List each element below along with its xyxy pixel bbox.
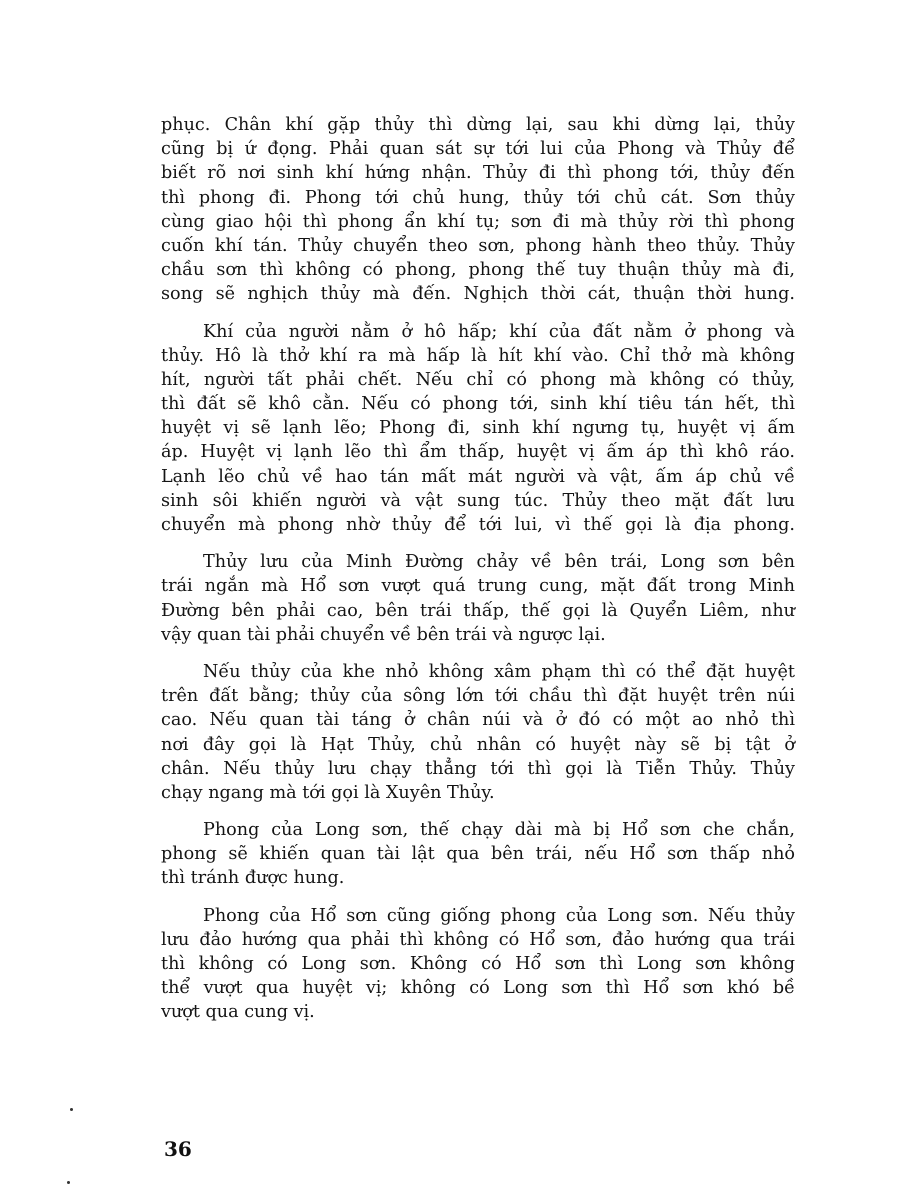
paragraph-2: Khí của người nằm ở hô hấp; khí của đất … <box>161 320 795 538</box>
scan-speck <box>70 1108 73 1111</box>
text-line: chầu sơn thì không có phong, phong thế t… <box>161 258 795 282</box>
text-line: Phong của Long sơn, thế chạy dài mà bị H… <box>161 818 795 842</box>
text-line: thì không có Long sơn. Không có Hổ sơn t… <box>161 952 795 976</box>
text-line: thì tránh được hung. <box>161 866 795 890</box>
scan-speck <box>67 1181 70 1184</box>
text-line: thể vượt qua huyệt vị; không có Long sơn… <box>161 976 795 1000</box>
text-line: áp. Huyệt vị lạnh lẽo thì ẩm thấp, huyệt… <box>161 440 795 464</box>
text-line: thì phong đi. Phong tới chủ hung, thủy t… <box>161 186 795 210</box>
text-line: trên đất bằng; thủy của sông lớn tới chầ… <box>161 684 795 708</box>
text-line: biết rõ nơi sinh khí hứng nhận. Thủy đi … <box>161 161 795 185</box>
text-line: nơi đây gọi là Hạt Thủy, chủ nhân có huy… <box>161 733 795 757</box>
text-line: cao. Nếu quan tài táng ở chân núi và ở đ… <box>161 708 795 732</box>
text-line: phục. Chân khí gặp thủy thì dừng lại, sa… <box>161 113 795 137</box>
text-line: huyệt vị sẽ lạnh lẽo; Phong đi, sinh khí… <box>161 416 795 440</box>
text-line: Lạnh lẽo chủ về hao tán mất mát người và… <box>161 465 795 489</box>
body-text: phục. Chân khí gặp thủy thì dừng lại, sa… <box>161 113 795 1038</box>
text-line: thì đất sẽ khô cằn. Nếu có phong tới, si… <box>161 392 795 416</box>
page-number: 36 <box>164 1137 192 1161</box>
text-line: chuyển mà phong nhờ thủy để tới lui, vì … <box>161 513 795 537</box>
text-line: chạy ngang mà tới gọi là Xuyên Thủy. <box>161 781 795 805</box>
text-line: vượt qua cung vị. <box>161 1000 795 1024</box>
paragraph-6: Phong của Hổ sơn cũng giống phong của Lo… <box>161 904 795 1025</box>
paragraph-3: Thủy lưu của Minh Đường chảy về bên trái… <box>161 550 795 647</box>
text-line: Đường bên phải cao, bên trái thấp, thế g… <box>161 599 795 623</box>
text-line: Phong của Hổ sơn cũng giống phong của Lo… <box>161 904 795 928</box>
text-line: Nếu thủy của khe nhỏ không xâm phạm thì … <box>161 660 795 684</box>
text-line: Thủy lưu của Minh Đường chảy về bên trái… <box>161 550 795 574</box>
text-line: hít, người tất phải chết. Nếu chỉ có pho… <box>161 368 795 392</box>
text-line: cũng bị ứ đọng. Phải quan sát sự tới lui… <box>161 137 795 161</box>
paragraph-1: phục. Chân khí gặp thủy thì dừng lại, sa… <box>161 113 795 307</box>
text-line: phong sẽ khiến quan tài lật qua bên trái… <box>161 842 795 866</box>
text-line: chân. Nếu thủy lưu chạy thẳng tới thì gọ… <box>161 757 795 781</box>
paragraph-4: Nếu thủy của khe nhỏ không xâm phạm thì … <box>161 660 795 805</box>
text-line: thủy. Hô là thở khí ra mà hấp là hít khí… <box>161 344 795 368</box>
text-line: sinh sôi khiến người và vật sung túc. Th… <box>161 489 795 513</box>
text-line: song sẽ nghịch thủy mà đến. Nghịch thời … <box>161 282 795 306</box>
book-page: phục. Chân khí gặp thủy thì dừng lại, sa… <box>0 0 921 1200</box>
text-line: Khí của người nằm ở hô hấp; khí của đất … <box>161 320 795 344</box>
text-line: cuốn khí tán. Thủy chuyển theo sơn, phon… <box>161 234 795 258</box>
text-line: lưu đảo hướng qua phải thì không có Hổ s… <box>161 928 795 952</box>
text-line: cùng giao hội thì phong ẩn khí tụ; sơn đ… <box>161 210 795 234</box>
paragraph-5: Phong của Long sơn, thế chạy dài mà bị H… <box>161 818 795 891</box>
text-line: trái ngắn mà Hổ sơn vượt quá trung cung,… <box>161 574 795 598</box>
text-line: vậy quan tài phải chuyển về bên trái và … <box>161 623 795 647</box>
